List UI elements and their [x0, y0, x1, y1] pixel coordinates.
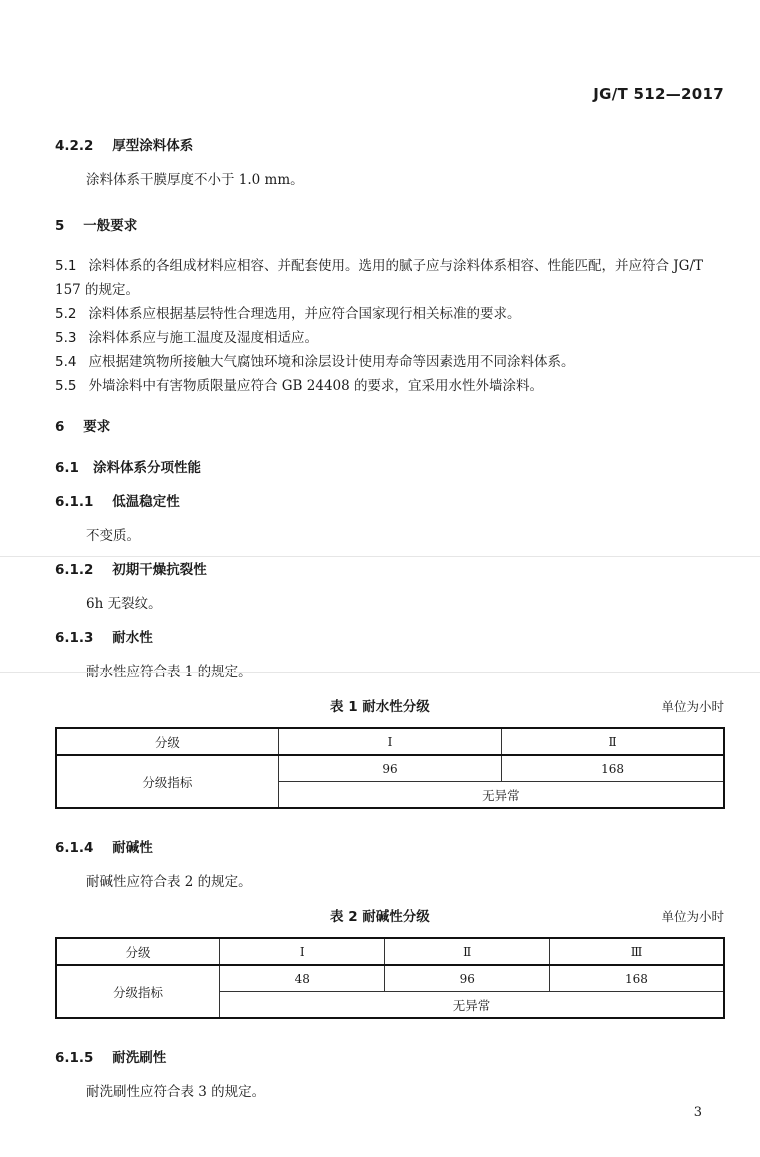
clause-number: 5.5 [55, 378, 76, 394]
header-cell: Ⅱ [385, 938, 550, 965]
section-heading-6-1: 6.1 涂料体系分项性能 [55, 456, 201, 476]
section-heading-5: 5 一般要求 [55, 214, 137, 234]
row-label-cell: 分级指标 [56, 965, 219, 1018]
value-cell: 168 [502, 755, 724, 782]
table-1-caption: 表 1 耐水性分级 [330, 695, 430, 715]
section-heading-4-2-2: 4.2.2 厚型涂料体系 [55, 134, 193, 154]
clause-5-2: 5.2涂料体系应根据基层特性合理选用，并应符合国家现行相关标准的要求。 [55, 302, 727, 326]
header-cell: Ⅰ [278, 728, 501, 755]
section-title: 厚型涂料体系 [112, 138, 193, 154]
section-text-6-1-4: 耐碱性应符合表 2 的规定。 [86, 870, 252, 890]
value-cell: 96 [278, 755, 501, 782]
clause-text: 涂料体系应与施工温度及湿度相适应。 [88, 330, 318, 346]
section-heading-6-1-2: 6.1.2 初期干燥抗裂性 [55, 558, 207, 578]
header-cell: Ⅲ [549, 938, 724, 965]
clause-text: 涂料体系的各组成材料应相容、并配套使用。选用的腻子应与涂料体系相容、性能匹配，并… [55, 258, 703, 298]
clause-5-5: 5.5外墙涂料中有害物质限量应符合 GB 24408 的要求，宜采用水性外墙涂料… [55, 374, 727, 398]
value-cell: 96 [385, 965, 550, 992]
section-number: 5 [55, 218, 64, 234]
section-heading-6: 6 要求 [55, 415, 110, 435]
section-number: 6.1.2 [55, 562, 93, 578]
table-row: 分级指标 96 168 [56, 755, 724, 782]
header-cell: 分级 [56, 728, 278, 755]
section-heading-6-1-4: 6.1.4 耐碱性 [55, 836, 153, 856]
table-row: 分级指标 48 96 168 [56, 965, 724, 992]
section-number: 6.1.1 [55, 494, 93, 510]
clause-number: 5.2 [55, 306, 76, 322]
section-title: 低温稳定性 [112, 494, 180, 510]
table-1-water-resistance: 分级 Ⅰ Ⅱ 分级指标 96 168 无异常 [55, 727, 725, 809]
value-cell: 168 [549, 965, 724, 992]
row-label-cell: 分级指标 [56, 755, 278, 808]
section-title: 耐碱性 [112, 840, 153, 856]
section-number: 6 [55, 419, 64, 435]
section-title: 一般要求 [83, 218, 137, 234]
section-title: 初期干燥抗裂性 [112, 562, 207, 578]
section-heading-6-1-1: 6.1.1 低温稳定性 [55, 490, 180, 510]
section-number: 6.1.3 [55, 630, 93, 646]
value-cell: 48 [219, 965, 385, 992]
section-number: 4.2.2 [55, 138, 93, 154]
clause-number: 5.4 [55, 354, 76, 370]
table-header-row: 分级 Ⅰ Ⅱ Ⅲ [56, 938, 724, 965]
clause-5-4: 5.4应根据建筑物所接触大气腐蚀环境和涂层设计使用寿命等因素选用不同涂料体系。 [55, 350, 727, 374]
scan-artifact-line [0, 556, 760, 557]
section-number: 6.1.4 [55, 840, 93, 856]
clause-text: 外墙涂料中有害物质限量应符合 GB 24408 的要求，宜采用水性外墙涂料。 [88, 378, 543, 394]
section-text-4-2-2: 涂料体系干膜厚度不小于 1.0 mm。 [86, 168, 304, 188]
table-2-unit: 单位为小时 [661, 907, 724, 925]
section-title: 要求 [83, 419, 110, 435]
header-cell: Ⅰ [219, 938, 385, 965]
note-cell: 无异常 [278, 782, 724, 809]
table-header-row: 分级 Ⅰ Ⅱ [56, 728, 724, 755]
section-heading-6-1-3: 6.1.3 耐水性 [55, 626, 153, 646]
section-title: 涂料体系分项性能 [93, 460, 201, 476]
header-cell: 分级 [56, 938, 219, 965]
clause-number: 5.3 [55, 330, 76, 346]
clause-text: 应根据建筑物所接触大气腐蚀环境和涂层设计使用寿命等因素选用不同涂料体系。 [88, 354, 574, 370]
table-1-unit: 单位为小时 [661, 697, 724, 715]
table-2-caption: 表 2 耐碱性分级 [330, 905, 430, 925]
section-text-6-1-5: 耐洗刷性应符合表 3 的规定。 [86, 1080, 265, 1100]
header-cell: Ⅱ [502, 728, 724, 755]
clause-5-3: 5.3涂料体系应与施工温度及湿度相适应。 [55, 326, 727, 350]
section-text-6-1-1: 不变质。 [86, 524, 140, 544]
document-id: JG/T 512—2017 [593, 85, 724, 103]
table-2-alkali-resistance: 分级 Ⅰ Ⅱ Ⅲ 分级指标 48 96 168 无异常 [55, 937, 725, 1019]
clause-number: 5.1 [55, 258, 76, 274]
scan-artifact-line [0, 672, 760, 673]
section-title: 耐水性 [112, 630, 153, 646]
section-title: 耐洗刷性 [112, 1050, 166, 1066]
section-heading-6-1-5: 6.1.5 耐洗刷性 [55, 1046, 166, 1066]
section-text-6-1-3: 耐水性应符合表 1 的规定。 [86, 660, 252, 680]
page-number: 3 [694, 1105, 702, 1120]
section-text-6-1-2: 6h 无裂纹。 [86, 592, 162, 612]
clause-text: 涂料体系应根据基层特性合理选用，并应符合国家现行相关标准的要求。 [88, 306, 520, 322]
clause-5-1: 5.1涂料体系的各组成材料应相容、并配套使用。选用的腻子应与涂料体系相容、性能匹… [55, 254, 727, 302]
note-cell: 无异常 [219, 992, 724, 1019]
section-number: 6.1 [55, 460, 79, 476]
section-number: 6.1.5 [55, 1050, 93, 1066]
